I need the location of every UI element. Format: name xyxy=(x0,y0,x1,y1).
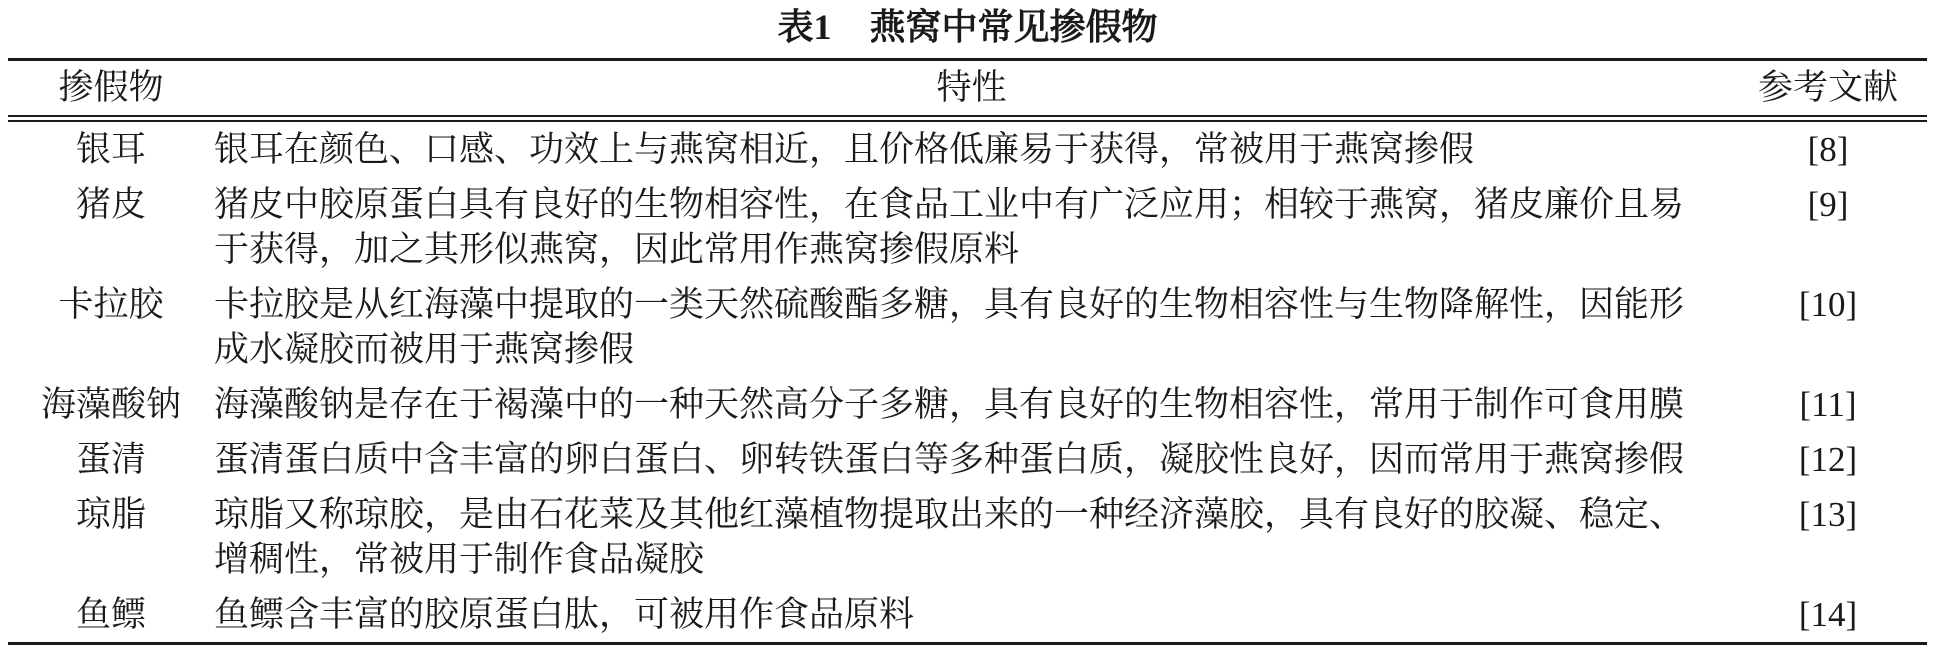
table-number-label: 表1 xyxy=(777,7,831,47)
adulterant-cell: 琼脂 xyxy=(8,492,214,537)
table-title-text: 燕窝中常见掺假物 xyxy=(870,7,1158,47)
reference-cell: [10] xyxy=(1729,282,1927,327)
table-bottom-rule xyxy=(8,642,1927,645)
characteristics-cell: 猪皮中胶原蛋白具有良好的生物相容性，在食品工业中有广泛应用；相较于燕窝，猪皮廉价… xyxy=(214,182,1729,272)
characteristics-cell: 海藻酸钠是存在于褐藻中的一种天然高分子多糖，具有良好的生物相容性，常用于制作可食… xyxy=(214,382,1729,427)
adulterant-cell: 鱼鳔 xyxy=(8,592,214,637)
table-row: 银耳 银耳在颜色、口感、功效上与燕窝相近，且价格低廉易于获得，常被用于燕窝掺假 … xyxy=(8,122,1927,177)
reference-cell: [9] xyxy=(1729,182,1927,227)
adulterant-cell: 蛋清 xyxy=(8,437,214,482)
table-row: 海藻酸钠 海藻酸钠是存在于褐藻中的一种天然高分子多糖，具有良好的生物相容性，常用… xyxy=(8,377,1927,432)
table-header-row: 掺假物 特性 参考文献 xyxy=(8,61,1927,115)
adulterant-cell: 银耳 xyxy=(8,127,214,172)
adulterant-cell: 海藻酸钠 xyxy=(8,382,214,427)
table-row: 鱼鳔 鱼鳔含丰富的胶原蛋白肽，可被用作食品原料 [14] xyxy=(8,587,1927,642)
column-header-references: 参考文献 xyxy=(1729,61,1927,115)
table-body: 银耳 银耳在颜色、口感、功效上与燕窝相近，且价格低廉易于获得，常被用于燕窝掺假 … xyxy=(0,122,1935,642)
characteristics-cell: 蛋清蛋白质中含丰富的卵白蛋白、卵转铁蛋白等多种蛋白质，凝胶性良好，因而常用于燕窝… xyxy=(214,437,1729,482)
adulterant-cell: 卡拉胶 xyxy=(8,282,214,327)
characteristics-cell: 卡拉胶是从红海藻中提取的一类天然硫酸酯多糖，具有良好的生物相容性与生物降解性，因… xyxy=(214,282,1729,372)
reference-cell: [13] xyxy=(1729,492,1927,537)
reference-cell: [12] xyxy=(1729,437,1927,482)
reference-cell: [14] xyxy=(1729,592,1927,637)
characteristics-cell: 琼脂又称琼胶，是由石花菜及其他红藻植物提取出来的一种经济藻胶，具有良好的胶凝、稳… xyxy=(214,492,1729,582)
reference-cell: [8] xyxy=(1729,127,1927,172)
adulterant-cell: 猪皮 xyxy=(8,182,214,227)
table-row: 卡拉胶 卡拉胶是从红海藻中提取的一类天然硫酸酯多糖，具有良好的生物相容性与生物降… xyxy=(8,277,1927,377)
characteristics-cell: 鱼鳔含丰富的胶原蛋白肽，可被用作食品原料 xyxy=(214,592,1729,637)
paper-table-page: 表1燕窝中常见掺假物 掺假物 特性 参考文献 银耳 银耳在颜色、口感、功效上与燕… xyxy=(0,0,1935,660)
column-header-adulterant: 掺假物 xyxy=(8,61,214,115)
table-row: 琼脂 琼脂又称琼胶，是由石花菜及其他红藻植物提取出来的一种经济藻胶，具有良好的胶… xyxy=(8,487,1927,587)
table-title: 表1燕窝中常见掺假物 xyxy=(0,0,1935,48)
table-row: 蛋清 蛋清蛋白质中含丰富的卵白蛋白、卵转铁蛋白等多种蛋白质，凝胶性良好，因而常用… xyxy=(8,432,1927,487)
table-row: 猪皮 猪皮中胶原蛋白具有良好的生物相容性，在食品工业中有广泛应用；相较于燕窝，猪… xyxy=(8,177,1927,277)
characteristics-cell: 银耳在颜色、口感、功效上与燕窝相近，且价格低廉易于获得，常被用于燕窝掺假 xyxy=(214,127,1729,172)
reference-cell: [11] xyxy=(1729,382,1927,427)
column-header-characteristics: 特性 xyxy=(214,61,1729,115)
header-separator-rule xyxy=(8,115,1927,122)
